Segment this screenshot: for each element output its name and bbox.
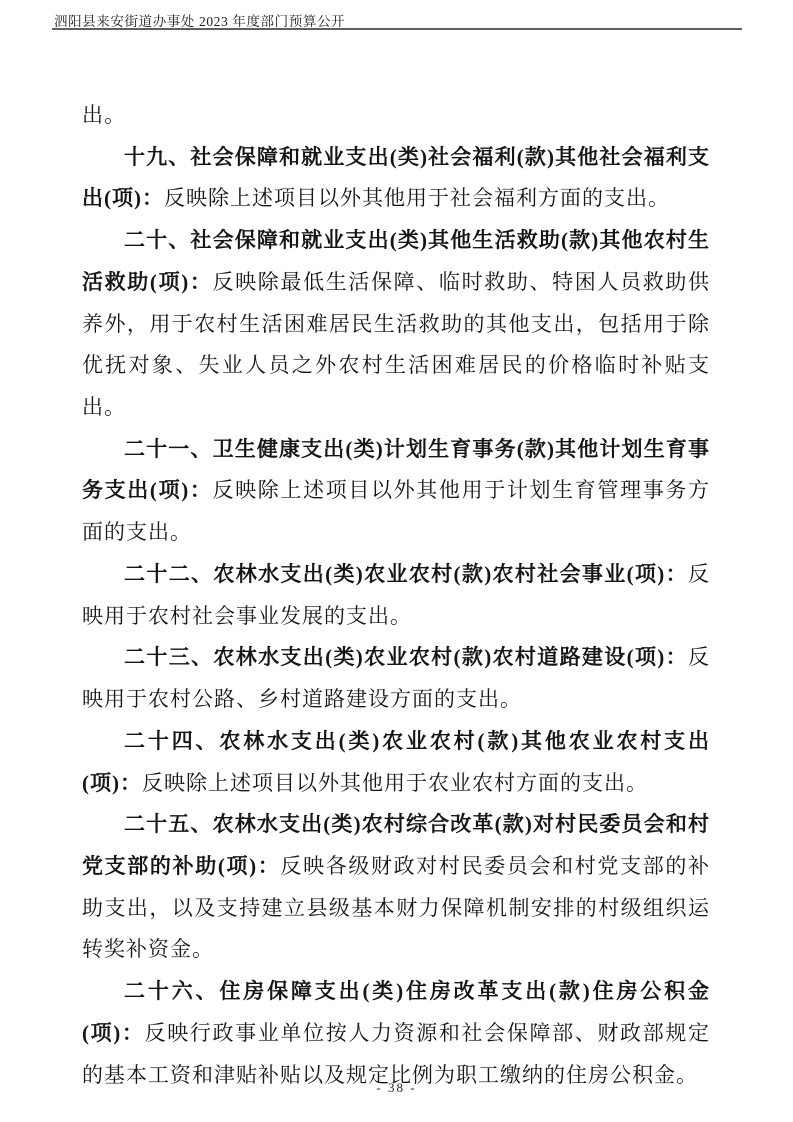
paragraph-item-20: 二十、社会保障和就业支出(类)其他生活救助(款)其他农村生活救助(项)：反映除最… xyxy=(82,220,710,429)
document-body: 出。 十九、社会保障和就业支出(类)社会福利(款)其他社会福利支出(项)：反映除… xyxy=(82,95,710,1096)
paragraph-item-22: 二十二、农林水支出(类)农业农村(款)农村社会事业(项)：反映用于农村社会事业发… xyxy=(82,554,710,637)
header-title: 泗阳县来安街道办事处 2023 年度部门预算公开 xyxy=(54,10,345,30)
header-rule xyxy=(52,28,742,30)
paragraph-item-24: 二十四、农林水支出(类)农业农村(款)其他农业农村支出(项)：反映除上述项目以外… xyxy=(82,721,710,804)
paragraph-item-21: 二十一、卫生健康支出(类)计划生育事务(款)其他计划生育事务支出(项)：反映除上… xyxy=(82,429,710,554)
paragraph-item-23: 二十三、农林水支出(类)农业农村(款)农村道路建设(项)：反映用于农村公路、乡村… xyxy=(82,637,710,720)
paragraph-item-19: 十九、社会保障和就业支出(类)社会福利(款)其他社会福利支出(项)：反映除上述项… xyxy=(82,137,710,220)
page-footer: - 38 - xyxy=(0,1080,793,1096)
paragraph-heading: 二十三、农林水支出(类)农业农村(款)农村道路建设(项)： xyxy=(124,645,688,669)
paragraph-text: 反映行政事业单位按人力资源和社会保障部、财政部规定的基本工资和津贴补贴以及规定比… xyxy=(82,1021,710,1087)
page-number: - 38 - xyxy=(376,1080,416,1095)
paragraph-item-26: 二十六、住房保障支出(类)住房改革支出(款)住房公积金(项)：反映行政事业单位按… xyxy=(82,971,710,1096)
paragraph-heading: 二十二、农林水支出(类)农业农村(款)农村社会事业(项)： xyxy=(124,562,688,586)
paragraph-text: 反映除上述项目以外其他用于农业农村方面的支出。 xyxy=(142,771,648,795)
paragraph-item-25: 二十五、农林水支出(类)农村综合改革(款)对村民委员会和村党支部的补助(项)：反… xyxy=(82,804,710,971)
paragraph-continuation: 出。 xyxy=(82,95,710,137)
paragraph-text: 出。 xyxy=(82,103,126,127)
document-page: 泗阳县来安街道办事处 2023 年度部门预算公开 出。 十九、社会保障和就业支出… xyxy=(0,0,793,1122)
paragraph-text: 反映除上述项目以外其他用于社会福利方面的支出。 xyxy=(164,186,670,210)
